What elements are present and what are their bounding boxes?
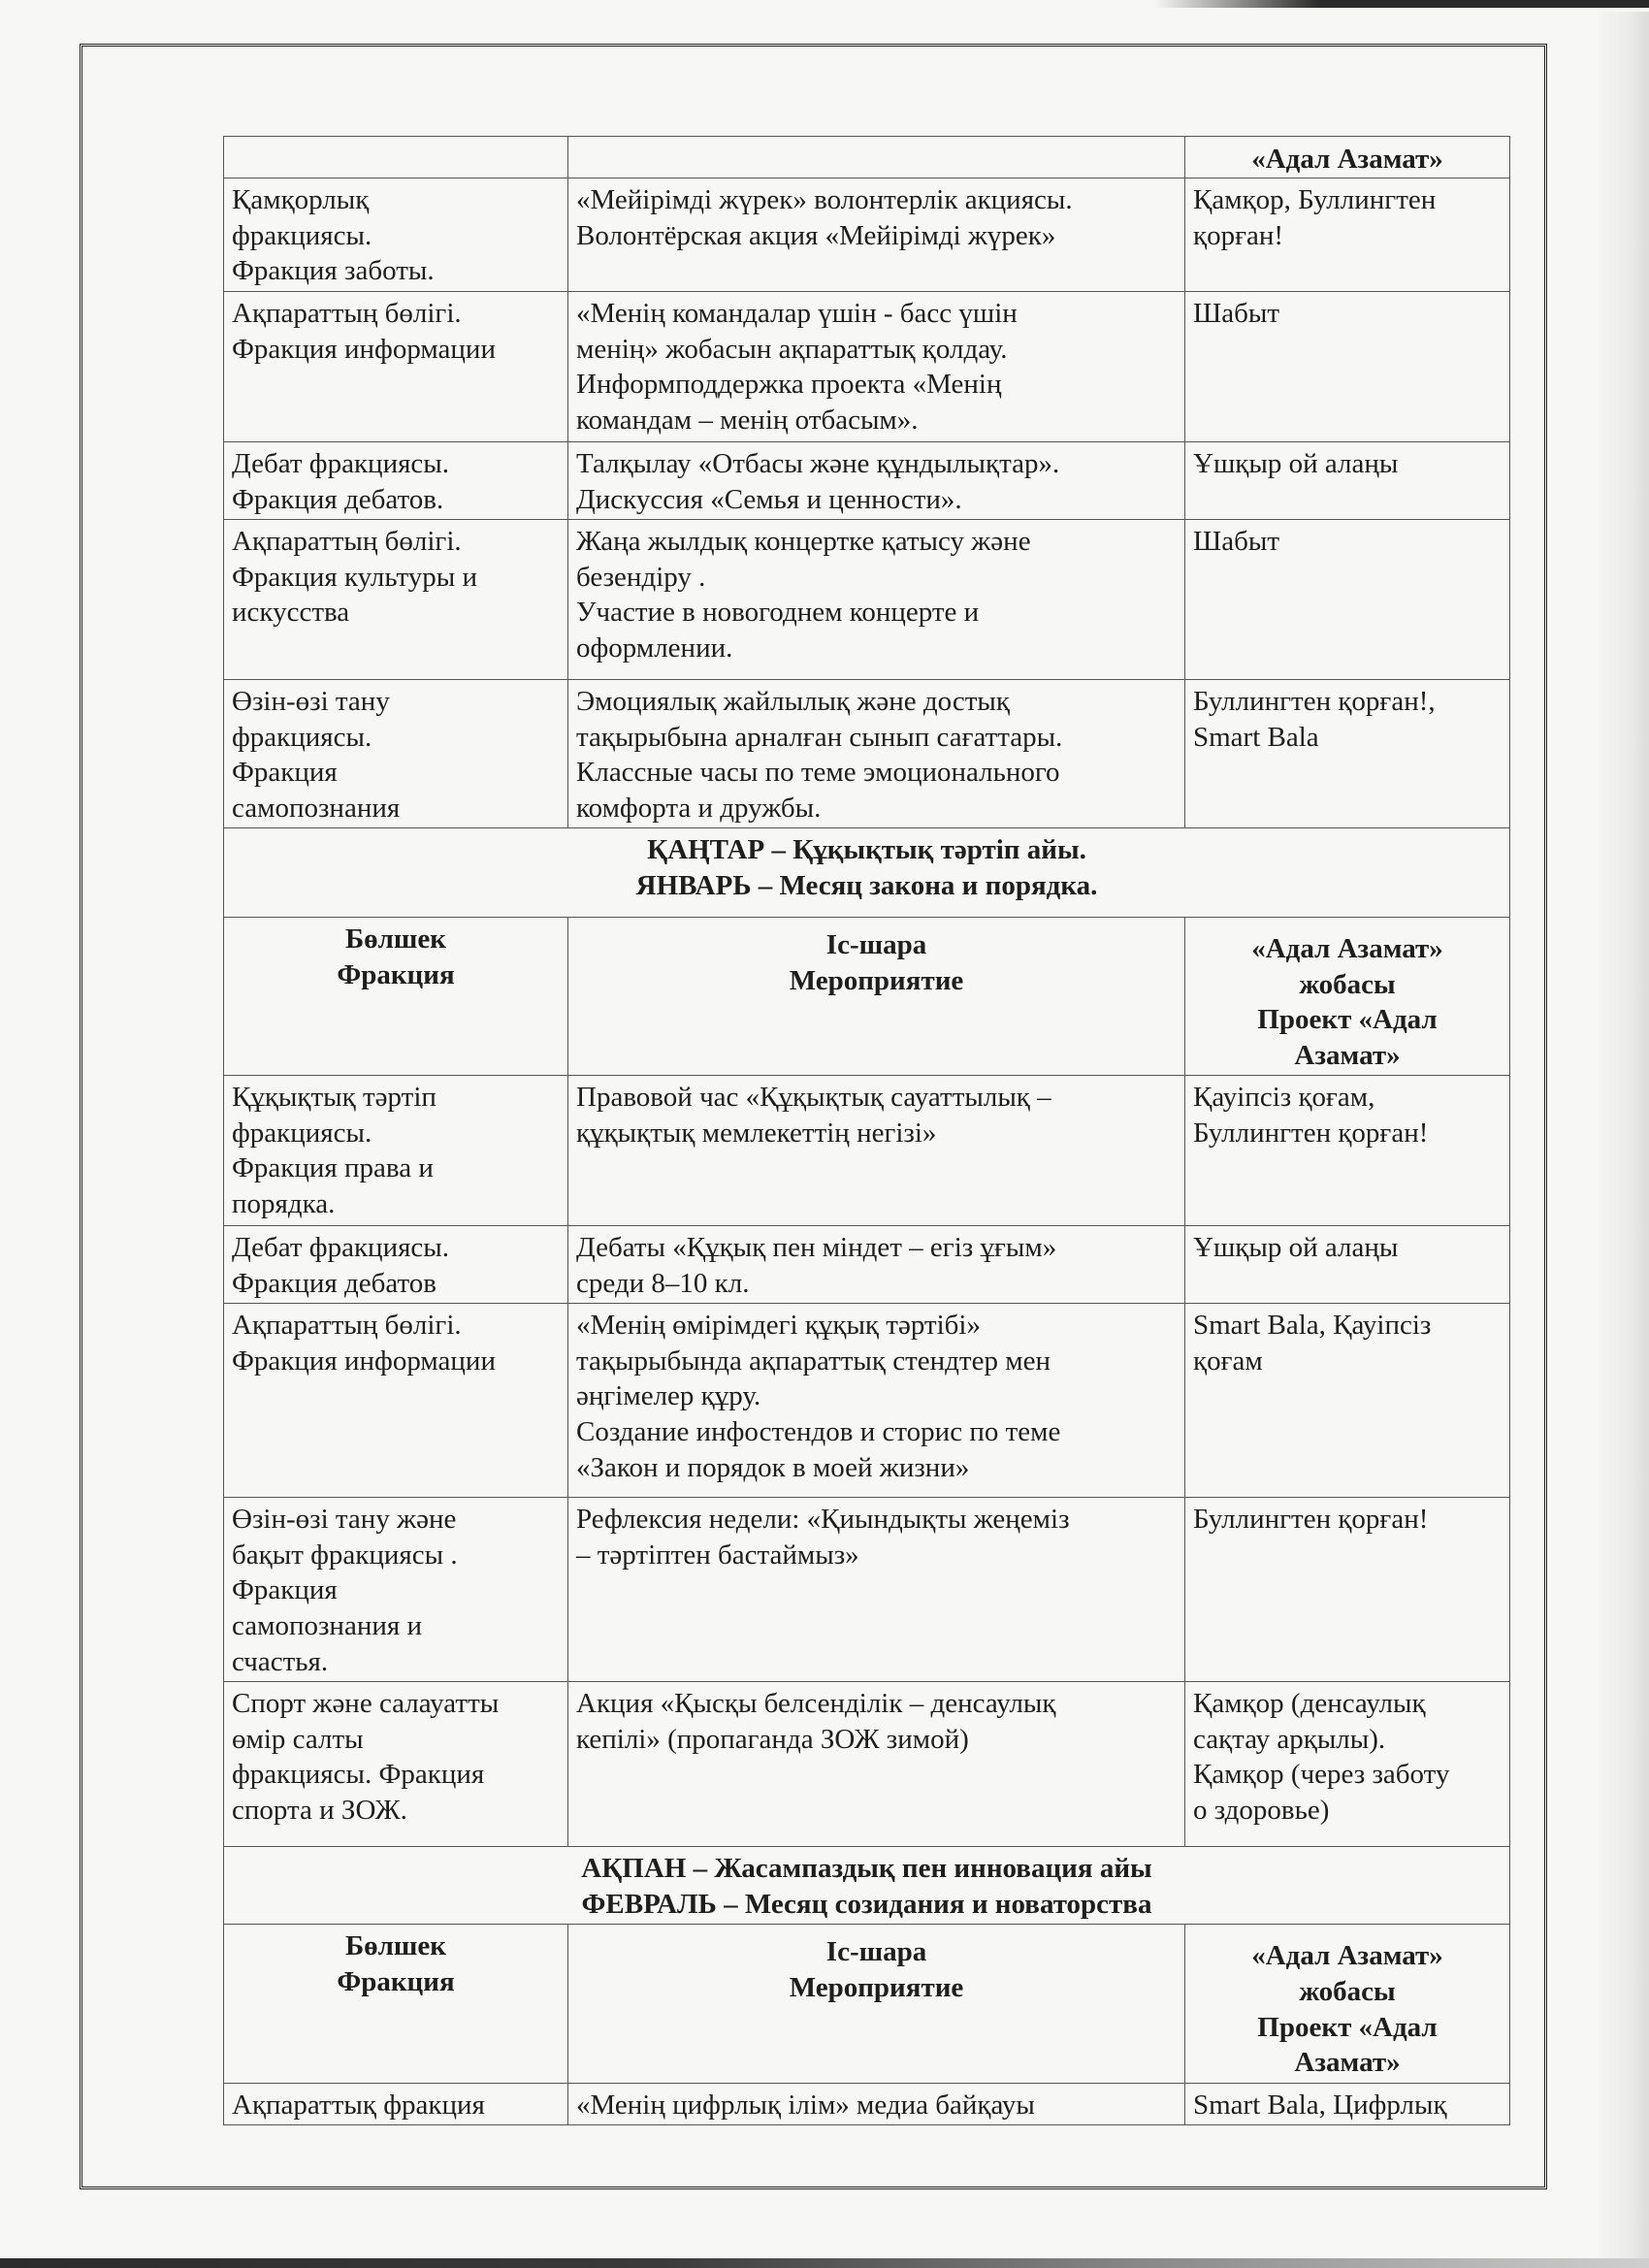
column-header-event: Іс-шараМероприятие	[568, 1925, 1185, 2083]
event-cell: Правовой час «Құқықтық сауаттылық –құқық…	[568, 1076, 1185, 1226]
table-row: Өзін-өзі тануфракциясы.Фракциясамопознан…	[224, 680, 1510, 828]
fraction-cell: Құқықтық тәртіпфракциясы.Фракция права и…	[224, 1076, 568, 1226]
project-cell: Буллингтен қорған!	[1185, 1498, 1510, 1682]
fraction-cell-line: Фракция культуры и	[232, 560, 560, 596]
fraction-cell-line: өмір салты	[232, 1722, 560, 1758]
project-cell-line: Буллингтен қорған!	[1193, 1502, 1502, 1538]
fraction-cell: Дебат фракциясы.Фракция дебатов.	[224, 442, 568, 520]
fraction-cell-line: Ақпараттың бөлігі.	[232, 296, 560, 332]
fraction-cell-line: Өзін-өзі тану	[232, 684, 560, 720]
event-cell-line: Правовой час «Құқықтық сауаттылық –	[576, 1080, 1177, 1116]
event-cell-line: Волонтёрская акция «Мейірімді жүрек»	[576, 218, 1177, 254]
project-cell-line: Қамқор (через заботу	[1193, 1757, 1502, 1793]
fraction-cell-line: Фракция дебатов	[232, 1266, 560, 1302]
fraction-cell: Өзін-өзі тану жәнебақыт фракциясы .Фракц…	[224, 1498, 568, 1682]
fraction-cell-line: порядка.	[232, 1186, 560, 1222]
fraction-cell-line: Фракция информации	[232, 1344, 560, 1379]
event-cell-line: Талқылау «Отбасы және құндылықтар».	[576, 446, 1177, 482]
fraction-cell-line: Ақпараттық фракция	[232, 2088, 560, 2123]
continued-header-row: «Адал Азамат»	[224, 137, 1510, 178]
fraction-cell-line: Фракция права и	[232, 1150, 560, 1186]
event-cell-line: «Менің командалар үшін - басс үшін	[576, 296, 1177, 332]
event-cell: «Менің командалар үшін - басс үшінменің»…	[568, 292, 1185, 442]
continued-header-event	[568, 137, 1185, 178]
project-cell-line: Ұшқыр ой алаңы	[1193, 1230, 1502, 1266]
event-cell-line: комфорта и дружбы.	[576, 791, 1177, 826]
event-cell-line: Жаңа жылдық концертке қатысу және	[576, 524, 1177, 560]
fraction-cell: Спорт және салауаттыөмір салтыфракциясы.…	[224, 1682, 568, 1847]
fraction-cell: Ақпараттық фракция	[224, 2083, 568, 2125]
continued-header-project: «Адал Азамат»	[1185, 137, 1510, 178]
project-cell-line: Қамқор, Буллингтен	[1193, 182, 1502, 218]
column-header-event-line: Мероприятие	[576, 1970, 1177, 2006]
scan-edge-right	[1599, 12, 1649, 2262]
table-row: Ақпараттың бөлігі.Фракция информации«Мен…	[224, 1304, 1510, 1498]
event-cell-line: среди 8–10 кл.	[576, 1266, 1177, 1302]
event-cell-line: – тәртіптен бастаймыз»	[576, 1538, 1177, 1573]
fraction-cell-line: спорта и ЗОЖ.	[232, 1793, 560, 1829]
column-header-project-line: Азамат»	[1193, 2045, 1502, 2081]
event-cell-line: «Менің цифрлық ілім» медиа байқауы	[576, 2088, 1177, 2123]
project-cell: Шабыт	[1185, 292, 1510, 442]
project-cell-line: Қамқор (денсаулық	[1193, 1686, 1502, 1722]
fraction-cell-line: Дебат фракциясы.	[232, 1230, 560, 1266]
month-title-russian: ФЕВРАЛЬ – Месяц созидания и новаторства	[232, 1887, 1502, 1923]
event-cell-line: Дискуссия «Семья и ценности».	[576, 482, 1177, 518]
column-header-event-line: Іс-шара	[576, 1934, 1177, 1970]
continued-header-fraction	[224, 137, 568, 178]
fraction-cell-line: счастья.	[232, 1644, 560, 1680]
event-cell-line: кепілі» (пропаганда ЗОЖ зимой)	[576, 1722, 1177, 1758]
table-row: Ақпараттық фракция«Менің цифрлық ілім» м…	[224, 2083, 1510, 2125]
column-header-project-line: Проект «Адал	[1193, 1002, 1502, 1038]
table-row: Өзін-өзі тану жәнебақыт фракциясы .Фракц…	[224, 1498, 1510, 1682]
event-cell-line: Акция «Қысқы белсенділік – денсаулық	[576, 1686, 1177, 1722]
event-cell-line: безендіру .	[576, 560, 1177, 596]
fraction-cell-line: самопознания	[232, 791, 560, 826]
project-cell-line: қоғам	[1193, 1344, 1502, 1379]
project-cell-line: Буллингтен қорған!	[1193, 1116, 1502, 1151]
month-title: АҚПАН – Жасампаздық пен инновация айыФЕВ…	[224, 1847, 1510, 1925]
column-header-project-line: жобасы	[1193, 1974, 1502, 2010]
scan-edge-top	[0, 0, 1649, 8]
event-cell-line: Информподдержка проекта «Менің	[576, 367, 1177, 403]
event-cell-line: құқықтық мемлекеттің негізі»	[576, 1116, 1177, 1151]
project-cell: Буллингтен қорған!,Smart Bala	[1185, 680, 1510, 828]
project-cell-line: қорған!	[1193, 218, 1502, 254]
column-header-fraction: БөлшекФракция	[224, 1925, 568, 2083]
project-cell: Қамқор (денсаулықсақтау арқылы).Қамқор (…	[1185, 1682, 1510, 1847]
table-row: Спорт және салауаттыөмір салтыфракциясы.…	[224, 1682, 1510, 1847]
fraction-cell-line: Қамқорлық	[232, 182, 560, 218]
column-header-row: БөлшекФракцияІс-шараМероприятие«Адал Аза…	[224, 918, 1510, 1076]
event-plan-table: «Адал Азамат» Қамқорлықфракциясы.Фракция…	[223, 136, 1510, 2125]
table-row: Ақпараттың бөлігі.Фракция культуры ииску…	[224, 520, 1510, 680]
fraction-cell-line: фракциясы. Фракция	[232, 1757, 560, 1793]
table-row: Құқықтық тәртіпфракциясы.Фракция права и…	[224, 1076, 1510, 1226]
fraction-cell-line: Дебат фракциясы.	[232, 446, 560, 482]
column-header-project-line: Азамат»	[1193, 1038, 1502, 1074]
fraction-cell: Ақпараттың бөлігі.Фракция культуры ииску…	[224, 520, 568, 680]
project-cell-line: Буллингтен қорған!,	[1193, 684, 1502, 720]
event-cell: «Менің цифрлық ілім» медиа байқауы	[568, 2083, 1185, 2125]
project-cell-line: Smart Bala, Цифрлық	[1193, 2088, 1502, 2123]
month-title-kazakh: ҚАҢТАР – Құқықтық тәртіп айы.	[232, 832, 1502, 868]
project-cell: Ұшқыр ой алаңы	[1185, 1226, 1510, 1304]
fraction-cell-line: Фракция информации	[232, 332, 560, 368]
column-header-project-line: «Адал Азамат»	[1193, 1938, 1502, 1974]
fraction-cell-line: Құқықтық тәртіп	[232, 1080, 560, 1116]
column-header-row: БөлшекФракцияІс-шараМероприятие«Адал Аза…	[224, 1925, 1510, 2083]
month-title-kazakh: АҚПАН – Жасампаздық пен инновация айы	[232, 1851, 1502, 1887]
event-cell-line: «Закон и порядок в моей жизни»	[576, 1450, 1177, 1486]
fraction-cell-line: искусства	[232, 595, 560, 631]
event-cell-line: Создание инфостендов и сторис по теме	[576, 1414, 1177, 1450]
month-header-row: ҚАҢТАР – Құқықтық тәртіп айы.ЯНВАРЬ – Ме…	[224, 828, 1510, 918]
month-title: ҚАҢТАР – Құқықтық тәртіп айы.ЯНВАРЬ – Ме…	[224, 828, 1510, 918]
column-header-project: «Адал Азамат»жобасыПроект «АдалАзамат»	[1185, 918, 1510, 1076]
event-cell: Эмоциялық жайлылық және достықтақырыбына…	[568, 680, 1185, 828]
event-cell-line: тақырыбында ақпараттық стендтер мен	[576, 1344, 1177, 1379]
project-cell: Шабыт	[1185, 520, 1510, 680]
fraction-cell-line: Фракция	[232, 755, 560, 791]
event-cell-line: «Мейірімді жүрек» волонтерлік акциясы.	[576, 182, 1177, 218]
scan-edge-bottom	[0, 2258, 1649, 2268]
event-cell-line: Классные часы по теме эмоционального	[576, 755, 1177, 791]
column-header-fraction-line: Фракция	[232, 957, 560, 993]
event-cell-line: Участие в новогоднем концерте и	[576, 595, 1177, 631]
event-cell-line: оформлении.	[576, 631, 1177, 666]
fraction-cell-line: Фракция дебатов.	[232, 482, 560, 518]
month-title-russian: ЯНВАРЬ – Месяц закона и порядка.	[232, 868, 1502, 904]
fraction-cell-line: фракциясы.	[232, 1116, 560, 1151]
fraction-cell-line: Өзін-өзі тану және	[232, 1502, 560, 1538]
project-cell: Қауіпсіз қоғам,Буллингтен қорған!	[1185, 1076, 1510, 1226]
event-cell: Акция «Қысқы белсенділік – денсаулықкепі…	[568, 1682, 1185, 1847]
column-header-project-line: жобасы	[1193, 967, 1502, 1003]
event-cell-line: менің» жобасын ақпараттық қолдау.	[576, 332, 1177, 368]
fraction-cell: Ақпараттың бөлігі.Фракция информации	[224, 292, 568, 442]
project-cell-line: Қауіпсіз қоғам,	[1193, 1080, 1502, 1116]
event-cell: Рефлексия недели: «Қиындықты жеңеміз– тә…	[568, 1498, 1185, 1682]
event-cell-line: Дебаты «Құқық пен міндет – егіз ұғым»	[576, 1230, 1177, 1266]
table-row: Қамқорлықфракциясы.Фракция заботы.«Мейір…	[224, 178, 1510, 292]
event-cell-line: тақырыбына арналған сынып сағаттары.	[576, 720, 1177, 756]
table-row: Дебат фракциясы.Фракция дебатов.Талқылау…	[224, 442, 1510, 520]
fraction-cell-line: фракциясы.	[232, 218, 560, 254]
project-cell: Ұшқыр ой алаңы	[1185, 442, 1510, 520]
fraction-cell-line: фракциясы.	[232, 720, 560, 756]
event-cell-line: әңгімелер құру.	[576, 1378, 1177, 1414]
project-cell-line: Smart Bala	[1193, 720, 1502, 756]
month-header-row: АҚПАН – Жасампаздық пен инновация айыФЕВ…	[224, 1847, 1510, 1925]
event-cell-line: «Менің өмірімдегі құқық тәртібі»	[576, 1308, 1177, 1344]
fraction-cell-line: Спорт және салауатты	[232, 1686, 560, 1722]
fraction-cell-line: Ақпараттың бөлігі.	[232, 524, 560, 560]
column-header-project-line: «Адал Азамат»	[1193, 931, 1502, 967]
table-row: Дебат фракциясы.Фракция дебатовДебаты «Қ…	[224, 1226, 1510, 1304]
column-header-project-line: Проект «Адал	[1193, 2010, 1502, 2046]
event-cell: «Мейірімді жүрек» волонтерлік акциясы.Во…	[568, 178, 1185, 292]
project-cell: Қамқор, Буллингтенқорған!	[1185, 178, 1510, 292]
column-header-fraction-line: Бөлшек	[232, 922, 560, 957]
event-cell: Жаңа жылдық концертке қатысу жәнебезенді…	[568, 520, 1185, 680]
project-cell-line: Smart Bala, Қауіпсіз	[1193, 1308, 1502, 1344]
project-cell-line: сақтау арқылы).	[1193, 1722, 1502, 1758]
event-cell: Дебаты «Құқық пен міндет – егіз ұғым»сре…	[568, 1226, 1185, 1304]
project-cell: Smart Bala, Қауіпсізқоғам	[1185, 1304, 1510, 1498]
project-cell-line: Шабыт	[1193, 296, 1502, 332]
column-header-fraction: БөлшекФракция	[224, 918, 568, 1076]
fraction-cell: Қамқорлықфракциясы.Фракция заботы.	[224, 178, 568, 292]
fraction-cell: Ақпараттың бөлігі.Фракция информации	[224, 1304, 568, 1498]
project-cell-line: о здоровье)	[1193, 1793, 1502, 1829]
event-cell: Талқылау «Отбасы және құндылықтар».Диску…	[568, 442, 1185, 520]
event-cell-line: Эмоциялық жайлылық және достық	[576, 684, 1177, 720]
fraction-cell: Дебат фракциясы.Фракция дебатов	[224, 1226, 568, 1304]
fraction-cell-line: Фракция заботы.	[232, 253, 560, 289]
project-cell-line: Ұшқыр ой алаңы	[1193, 446, 1502, 482]
column-header-project: «Адал Азамат»жобасыПроект «АдалАзамат»	[1185, 1925, 1510, 2083]
fraction-cell-line: бақыт фракциясы .	[232, 1538, 560, 1573]
project-cell-line: Шабыт	[1193, 524, 1502, 560]
event-cell: «Менің өмірімдегі құқық тәртібі»тақырыбы…	[568, 1304, 1185, 1498]
column-header-fraction-line: Фракция	[232, 1964, 560, 2000]
fraction-cell-line: Фракция	[232, 1572, 560, 1608]
column-header-event: Іс-шараМероприятие	[568, 918, 1185, 1076]
column-header-fraction-line: Бөлшек	[232, 1928, 560, 1964]
fraction-cell: Өзін-өзі тануфракциясы.Фракциясамопознан…	[224, 680, 568, 828]
column-header-event-line: Іс-шара	[576, 927, 1177, 963]
fraction-cell-line: самопознания и	[232, 1608, 560, 1644]
table-row: Ақпараттың бөлігі.Фракция информации«Мен…	[224, 292, 1510, 442]
project-cell: Smart Bala, Цифрлық	[1185, 2083, 1510, 2125]
fraction-cell-line: Ақпараттың бөлігі.	[232, 1308, 560, 1344]
event-cell-line: командам – менің отбасым».	[576, 403, 1177, 438]
column-header-event-line: Мероприятие	[576, 963, 1177, 999]
event-cell-line: Рефлексия недели: «Қиындықты жеңеміз	[576, 1502, 1177, 1538]
